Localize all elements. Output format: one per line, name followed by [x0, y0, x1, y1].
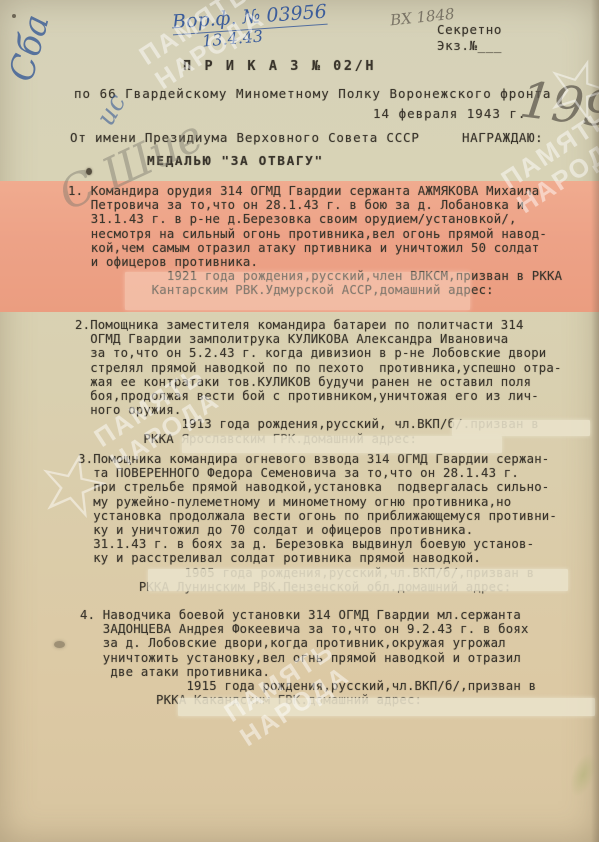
awarding-label: НАГРАЖДАЮ: — [462, 130, 543, 145]
paper-speck — [54, 641, 65, 648]
handwritten-file-date: 13.4.43 — [201, 26, 264, 50]
paper-speck — [86, 168, 92, 175]
handwritten-page-number: 199 — [517, 70, 599, 139]
award-entry-4: 4. Наводчика боевой установки 314 ОГМД Г… — [80, 608, 536, 707]
redaction-box-entry-1 — [125, 272, 470, 310]
redaction-box-entry-2b — [182, 436, 502, 453]
paper-speck — [12, 14, 16, 18]
secrecy-label: Секретно — [437, 22, 502, 37]
margin-scribble-blue: Сба — [2, 10, 58, 85]
redaction-box-entry-3 — [148, 569, 568, 591]
order-date: 14 февраля 1943 г. — [373, 106, 526, 121]
redaction-box-entry-2a — [452, 420, 590, 436]
green-smudge — [565, 750, 599, 801]
order-title: П Р И К А З № 02/Н — [183, 58, 376, 74]
scanned-order-page: Секретно Экз.№___ П Р И К А З № 02/Н по … — [0, 0, 599, 842]
copy-number-label: Экз.№___ — [437, 38, 502, 53]
redaction-box-entry-4 — [178, 698, 595, 716]
order-subtitle: по 66 Гвардейскому Минометному Полку Вор… — [74, 86, 551, 101]
